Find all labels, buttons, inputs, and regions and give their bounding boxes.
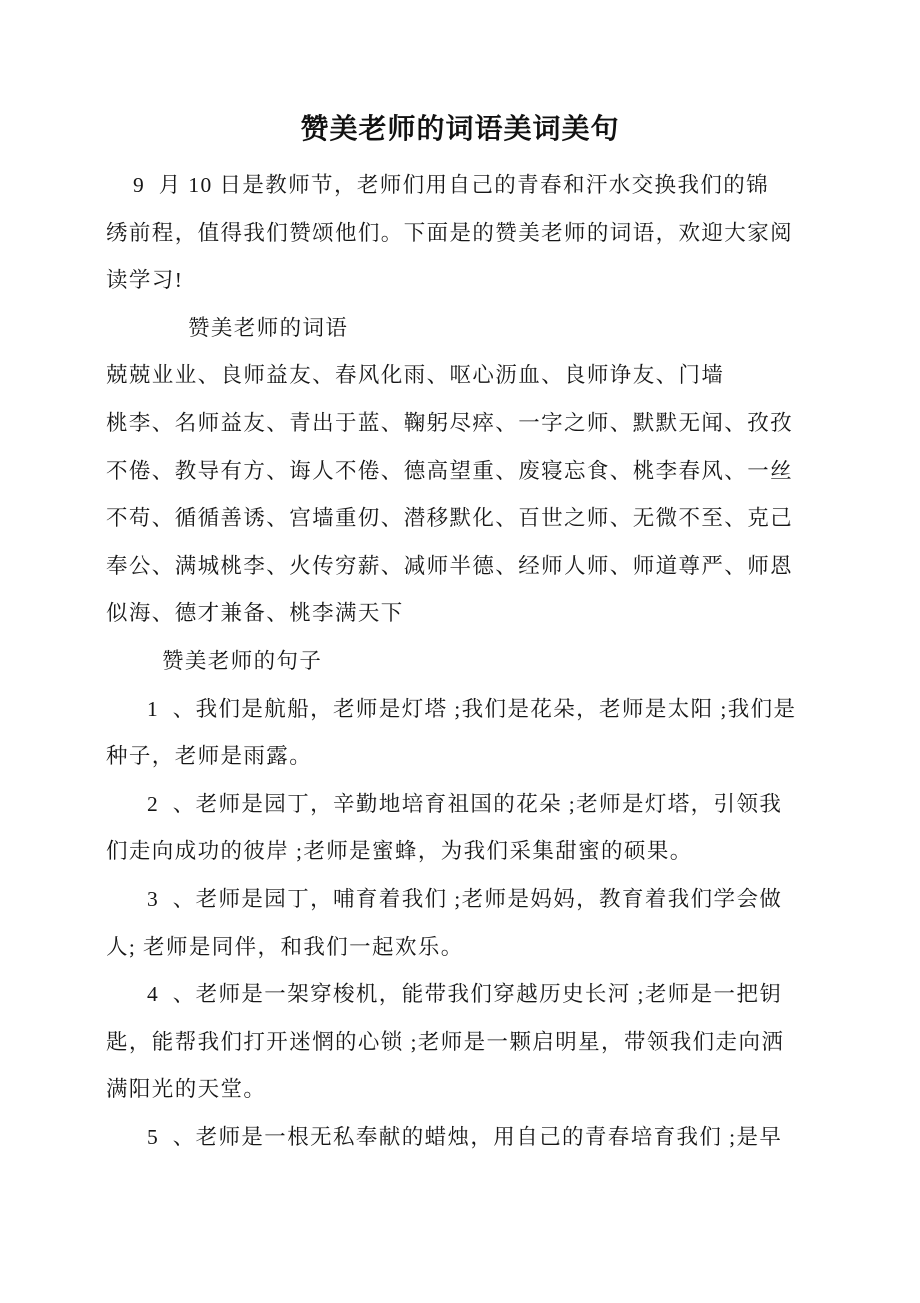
- sentence-3-line-1: 3 、老师是园丁，哺育着我们 ;老师是妈妈，教育着我们学会做: [106, 876, 820, 924]
- sentence-4-line-3: 满阳光的天堂。: [106, 1066, 820, 1114]
- page-title: 赞美老师的词语美词美句: [0, 0, 920, 152]
- words-section-heading: 赞美老师的词语: [106, 305, 820, 353]
- sentences-section-heading: 赞美老师的句子: [106, 638, 820, 686]
- sentence-1-line-1: 1 、我们是航船，老师是灯塔 ;我们是花朵，老师是太阳 ;我们是: [106, 686, 820, 734]
- sentence-1-line-2: 种子，老师是雨露。: [106, 733, 820, 781]
- document-body: 9 月 10 日是教师节，老师们用自己的青春和汗水交换我们的锦 绣前程，值得我们…: [106, 152, 820, 1161]
- words-line-3: 不倦、教导有方、诲人不倦、德高望重、废寝忘食、桃李春风、一丝: [106, 448, 820, 496]
- sentence-2-line-1: 2 、老师是园丁，辛勤地培育祖国的花朵 ;老师是灯塔，引领我: [106, 781, 820, 829]
- words-line-1: 兢兢业业、良师益友、春风化雨、呕心沥血、良师诤友、门墙: [106, 352, 820, 400]
- words-line-6: 似海、德才兼备、桃李满天下: [106, 590, 820, 638]
- sentence-5-line-1: 5 、老师是一根无私奉献的蜡烛，用自己的青春培育我们 ;是早: [106, 1114, 820, 1162]
- intro-line-3: 读学习!: [106, 257, 820, 305]
- sentence-4-line-1: 4 、老师是一架穿梭机，能带我们穿越历史长河 ;老师是一把钥: [106, 971, 820, 1019]
- sentence-2-line-2: 们走向成功的彼岸 ;老师是蜜蜂，为我们采集甜蜜的硕果。: [106, 828, 820, 876]
- intro-line-2: 绣前程，值得我们赞颂他们。下面是的赞美老师的词语，欢迎大家阅: [106, 210, 820, 258]
- intro-line-1: 9 月 10 日是教师节，老师们用自己的青春和汗水交换我们的锦: [106, 162, 820, 210]
- words-line-5: 奉公、满城桃李、火传穷薪、减师半德、经师人师、师道尊严、师恩: [106, 543, 820, 591]
- words-line-4: 不苟、循循善诱、宫墙重仞、潜移默化、百世之师、无微不至、克己: [106, 495, 820, 543]
- sentence-4-line-2: 匙，能帮我们打开迷惘的心锁 ;老师是一颗启明星，带领我们走向洒: [106, 1019, 820, 1067]
- words-line-2: 桃李、名师益友、青出于蓝、鞠躬尽瘁、一字之师、默默无闻、孜孜: [106, 400, 820, 448]
- sentence-3-line-2: 人; 老师是同伴，和我们一起欢乐。: [106, 924, 820, 972]
- document-page: 赞美老师的词语美词美句 9 月 10 日是教师节，老师们用自己的青春和汗水交换我…: [0, 0, 920, 1303]
